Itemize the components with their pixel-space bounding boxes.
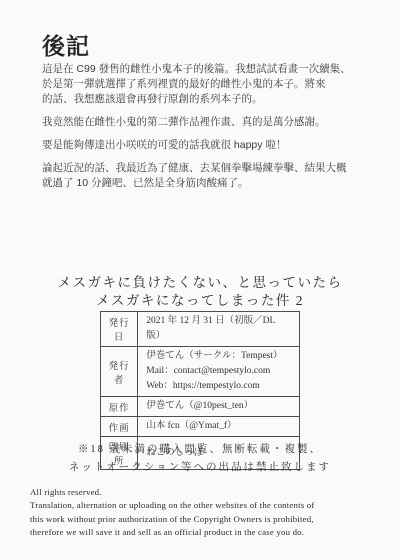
colophon-row-publication-date: 発行日 2021 年 12 月 31 日（初版／DL 版） xyxy=(101,312,300,347)
colophon-value: 2021 年 12 月 31 日（初版／DL 版） xyxy=(138,312,300,347)
colophon-value: 山本 fcn（@Ymat_f） xyxy=(138,417,300,437)
colophon-row-original-work: 原作 伊巻てん（@10pest_ten） xyxy=(101,397,300,417)
afterword-paragraph-1: 這是在 C99 發售的雌性小鬼本子的後篇。我想試試看畫一次續集、 於是第一彈就選… xyxy=(42,62,362,107)
colophon-label: 発行日 xyxy=(101,312,138,347)
colophon-row-illustration: 作画 山本 fcn（@Ymat_f） xyxy=(101,417,300,437)
copyright-notice: All rights reserved. Translation, altern… xyxy=(30,486,375,539)
age-restriction-notice: ※18 歳未満の購入閲覧、無断転載・複製、 ネットオークション等への出品は禁止致… xyxy=(0,441,400,476)
afterword-paragraph-3: 要是能夠傳達出小咲咲的可愛的話我就很 happy 啦！ xyxy=(42,138,362,153)
colophon-label: 原作 xyxy=(101,397,138,417)
afterword-paragraph-4: 論起近況的話、我最近為了健康、去某個拳擊場練拳擊、結果大概 就過了 10 分鐘吧… xyxy=(42,161,362,191)
afterword-page: 後記 這是在 C99 發售的雌性小鬼本子的後篇。我想試試看畫一次續集、 於是第一… xyxy=(0,0,400,560)
afterword-paragraph-2: 我竟然能在雌性小鬼的第二彈作品裡作畫、真的是萬分感謝。 xyxy=(42,115,362,130)
colophon-label: 発行者 xyxy=(101,347,138,397)
afterword-heading: 後記 xyxy=(42,28,90,61)
book-title: メスガキに負けたくない、と思っていたら メスガキになってしまった件 2 xyxy=(0,274,400,310)
colophon-value: 伊巻てん（@10pest_ten） xyxy=(138,397,300,417)
afterword-body: 這是在 C99 發售的雌性小鬼本子的後篇。我想試試看畫一次續集、 於是第一彈就選… xyxy=(42,62,362,199)
colophon-value: 伊巻てん（サークル：Tempest） Mail：contact@tempesty… xyxy=(138,347,300,397)
colophon-label: 作画 xyxy=(101,417,138,437)
colophon-row-publisher: 発行者 伊巻てん（サークル：Tempest） Mail：contact@temp… xyxy=(101,347,300,397)
